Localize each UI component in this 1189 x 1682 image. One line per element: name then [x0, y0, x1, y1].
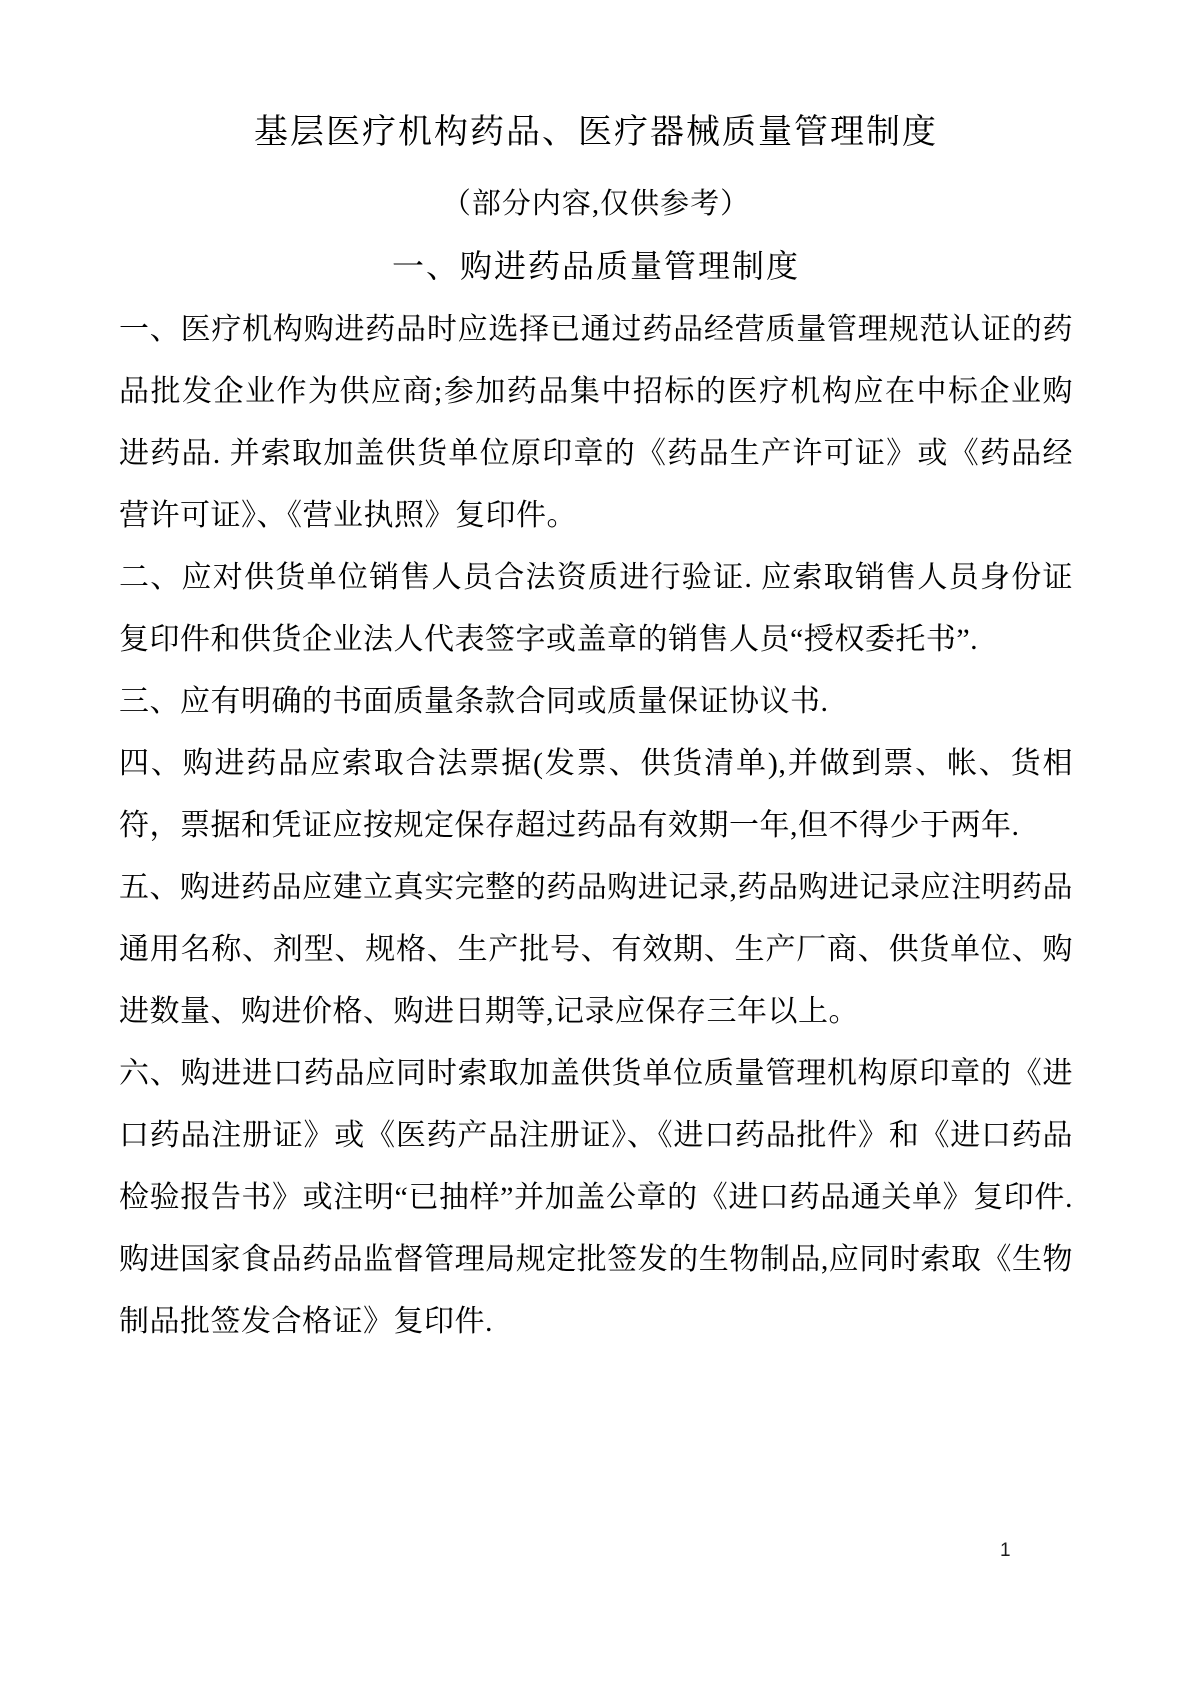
paragraph-5: 五、购进药品应建立真实完整的药品购进记录,药品购进记录应注明药品通用名称、剂型、… — [119, 857, 1073, 1043]
section-heading: 一、购进药品质量管理制度 — [119, 246, 1073, 286]
document-page: 基层医疗机构药品、医疗器械质量管理制度 （部分内容,仅供参考） 一、购进药品质量… — [0, 0, 1189, 1682]
document-subtitle: （部分内容,仅供参考） — [119, 184, 1073, 224]
page-number: 1 — [1000, 1540, 1011, 1562]
paragraph-6: 六、购进进口药品应同时索取加盖供货单位质量管理机构原印章的《进口药品注册证》或《… — [119, 1043, 1073, 1353]
paragraph-4: 四、购进药品应索取合法票据(发票、供货清单),并做到票、帐、货相符，票据和凭证应… — [119, 733, 1073, 857]
paragraph-2: 二、应对供货单位销售人员合法资质进行验证. 应索取销售人员身份证复印件和供货企业… — [119, 547, 1073, 671]
document-title: 基层医疗机构药品、医疗器械质量管理制度 — [119, 110, 1073, 156]
document-body: 一、医疗机构购进药品时应选择已通过药品经营质量管理规范认证的药品批发企业作为供应… — [119, 299, 1073, 1353]
paragraph-3: 三、应有明确的书面质量条款合同或质量保证协议书. — [119, 671, 1073, 733]
paragraph-1: 一、医疗机构购进药品时应选择已通过药品经营质量管理规范认证的药品批发企业作为供应… — [119, 299, 1073, 547]
